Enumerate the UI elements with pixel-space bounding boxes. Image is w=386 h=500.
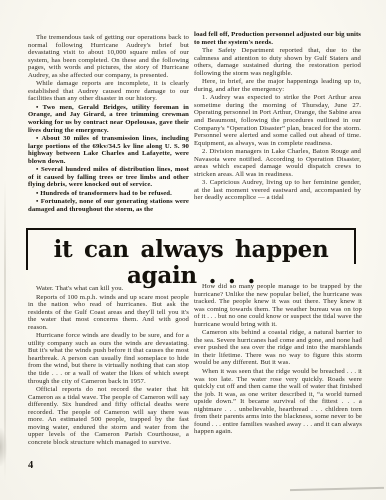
body-paragraph: 1. Audrey was expected to strike the Por…: [194, 94, 361, 147]
scan-edge-line-artifact: [290, 487, 384, 491]
body-paragraph: How did so many people manage to be trap…: [194, 283, 362, 328]
bullet-paragraph: • Fortunately, none of our generating st…: [28, 198, 189, 213]
body-paragraph: Here, in brief, are the major happenings…: [194, 78, 361, 93]
body-paragraph: The Safety Department reported that, due…: [194, 47, 361, 77]
magazine-page: The tremendous task of getting our opera…: [0, 0, 386, 500]
body-paragraph: When it was seen that the ridge would be…: [194, 368, 362, 436]
column-top-right: load fell off, Production personnel adju…: [194, 31, 361, 203]
bullet-paragraph: • About 30 miles of transmission lines, …: [28, 135, 189, 165]
body-paragraph: 3. Capricious Audrey, living up to her f…: [194, 179, 361, 202]
body-paragraph: Cameron sits behind a coastal ridge, a n…: [194, 329, 362, 367]
scan-smudge-artifact: [0, 428, 7, 466]
column-bottom-left: Water. That's what can kill you. Reports…: [28, 285, 189, 447]
body-paragraph: Official reports do not record the water…: [28, 386, 189, 446]
column-top-left: The tremendous task of getting our opera…: [28, 34, 189, 215]
column-bottom-right: How did so many people manage to be trap…: [194, 283, 362, 437]
headline-right-rule: [354, 230, 356, 264]
body-paragraph: Hurricane force winds are deadly to be s…: [28, 332, 189, 385]
headline-left-rule: [26, 230, 28, 270]
body-paragraph: Reports of 100 m.p.h. winds and up scare…: [28, 294, 189, 332]
body-paragraph: Water. That's what can kill you.: [28, 285, 189, 293]
body-paragraph: 2. Division managers in Lake Charles, Ba…: [194, 148, 361, 178]
body-paragraph: While damage reports are incomplete, it …: [28, 80, 189, 103]
bullet-paragraph: • Hundreds of transformers had to be ref…: [28, 190, 189, 198]
bullet-paragraph: • Several hundred miles of distribution …: [28, 166, 189, 189]
page-number: 4: [28, 460, 33, 471]
bullet-paragraph: • Two men, Gerald Bridges, utility forem…: [28, 104, 189, 134]
body-paragraph: The tremendous task of getting our opera…: [28, 34, 189, 79]
body-paragraph: load fell off, Production personnel adju…: [194, 31, 361, 46]
headline-box: it can always happen again . . .: [26, 228, 356, 272]
headline: it can always happen again . . .: [26, 230, 356, 289]
